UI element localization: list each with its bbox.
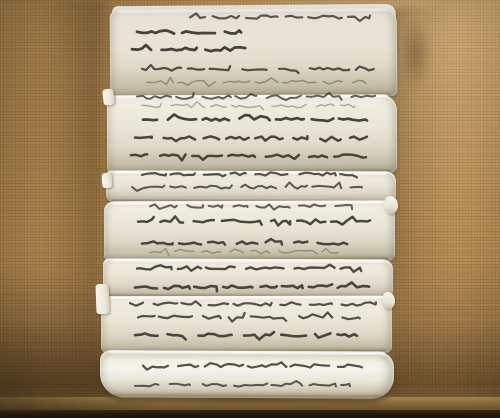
right-fold-curl-2 bbox=[382, 292, 395, 309]
left-curl-tab-3 bbox=[95, 284, 109, 314]
fold-panel-1 bbox=[110, 8, 398, 98]
fold-panel-2 bbox=[107, 94, 397, 173]
right-fold-curl-1 bbox=[384, 196, 398, 214]
manuscript-scroll bbox=[0, 0, 500, 418]
fold-panel-3 bbox=[106, 170, 396, 203]
left-curl-tab-1 bbox=[102, 88, 115, 105]
fold-panel-6 bbox=[101, 296, 392, 354]
bottom-roll bbox=[100, 350, 394, 399]
left-curl-tab-2 bbox=[101, 173, 112, 189]
fold-panel-5 bbox=[103, 258, 393, 298]
fold-panel-4 bbox=[104, 200, 395, 261]
framed-manuscript-photo bbox=[0, 0, 500, 418]
